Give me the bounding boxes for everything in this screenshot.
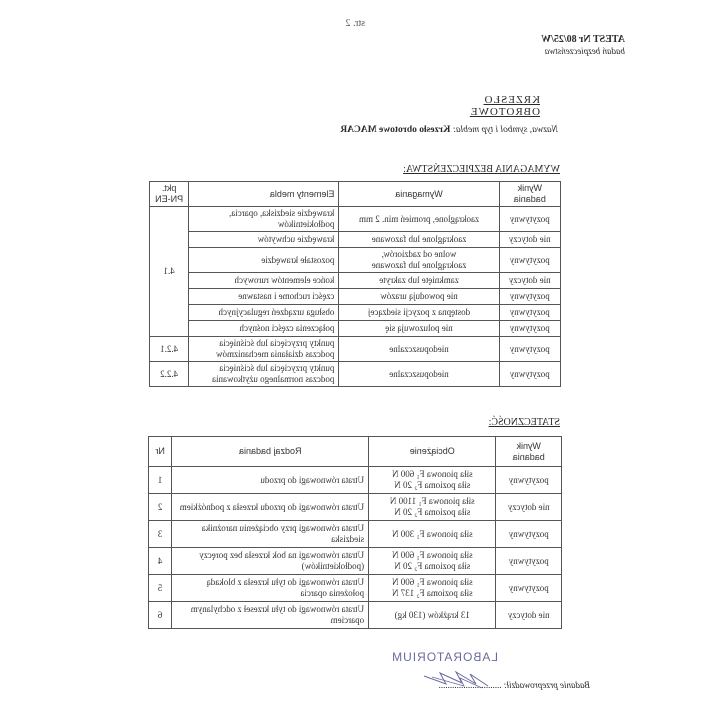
load-cell: 13 krążków (130 kg) [369,602,496,629]
certificate-subtitle: badań bezpieczeństwa [545,46,625,56]
document-page: str. 2 ATEST Nr 80/25/W badań bezpieczeń… [0,0,720,720]
element-cell: połączenia części nośnych [189,321,339,337]
product-name-line: Nazwa, symbol i typ mebla: Krzesło obrot… [340,125,558,135]
element-cell: punkty przycięcia lub ściśnięcia podczas… [189,362,339,387]
table-row: pozytywny siła pionowa F₁ 600 N siła poz… [149,575,562,602]
table-row: pozytywny niedopuszczalne punkty przycię… [150,362,561,387]
element-cell: krawędzie siedziska, oparcia, podłokietn… [189,207,339,232]
result-cell: pozytywny [499,337,560,362]
nr-cell: 4 [149,548,172,575]
signature-icon [420,668,490,690]
table-row: pozytywny nie poluzowują się połączenia … [150,321,561,337]
result-cell: pozytywny [499,289,560,305]
column-header: Wymagania [339,182,499,207]
safety-requirements-table: Wynik badania Wymagania Elementy mebla p… [149,181,561,387]
laboratory-stamp: LABORATORIUM [391,650,498,664]
requirement-cell: zaokrąglone lub fazowane [339,232,499,248]
test-cell: Utrata równowagi do przodu krzesła z pod… [172,494,369,521]
column-header: Rodzaj badania [172,437,369,467]
requirement-cell: nie poluzowują się [339,321,499,337]
table-row: pozytywny siła pionowa F₁ 600 N siła poz… [149,548,562,575]
requirement-cell: dostępna z pozycji siedzącej [339,305,499,321]
table-row: pozytywny zaokrąglone, promień min. 2 mm… [150,207,561,232]
nr-cell: 5 [149,575,172,602]
requirement-cell: zaokrąglone, promień min. 2 mm [339,207,499,232]
table-row: pozytywny nie powodują urazów części ruc… [150,289,561,305]
element-cell: punkty przycięcia lub ściśnięcia podczas… [189,337,339,362]
nr-cell: 1 [149,467,172,494]
product-label: Nazwa, symbol i typ mebla: [453,125,558,135]
table-row: nie dotyczy siła pionowa F₁ 1100 N siła … [149,494,562,521]
requirement-cell: wolne od zadziorów, zaokrąglone lub fazo… [339,248,499,273]
product-value: Krzesło obrotowe MACAR [340,125,450,135]
result-cell: pozytywny [496,521,562,548]
column-header: Wynik badania [496,437,562,467]
certificate-number: ATEST Nr 80/25/W [541,34,625,45]
element-cell: części ruchome i nastawne [189,289,339,305]
nr-cell: 6 [149,602,172,629]
result-cell: nie dotyczy [496,602,562,629]
column-header: Obciążenie [369,437,496,467]
requirement-cell: nie powodują urazów [339,289,499,305]
stability-table: Wynik badania Obciążenie Rodzaj badania … [148,436,562,629]
requirement-cell: niedopuszczalne [339,337,499,362]
table-row: nie dotyczy zamknięte lub zakryte końce … [150,273,561,289]
safety-heading: WYMAGANIA BEZPIECZEŃSTWA: [403,164,560,175]
requirement-cell: niedopuszczalne [339,362,499,387]
load-cell: siła pionowa F₁ 1100 N siła pozioma F₂ 2… [369,494,496,521]
element-cell: pozostałe krawędzie [189,248,339,273]
element-cell: krawędzie uchwytów [189,232,339,248]
table-row: pozytywny niedopuszczalne punkty przycię… [150,337,561,362]
pkt-cell: 4.2.1 [150,337,189,362]
result-cell: pozytywny [499,362,560,387]
load-cell: siła pionowa F₁ 300 N [369,521,496,548]
document-title: KRZESŁO OBROTOWE [420,94,540,118]
element-cell: końce elementów rurowych [189,273,339,289]
nr-cell: 2 [149,494,172,521]
element-cell: obsługa urządzeń regulacyjnych [189,305,339,321]
result-cell: pozytywny [499,321,560,337]
result-cell: pozytywny [496,467,562,494]
table-row: pozytywny siła pionowa F₁ 600 N siła poz… [149,467,562,494]
column-header: Wynik badania [499,182,560,207]
column-header: Nr [149,437,172,467]
result-cell: pozytywny [499,305,560,321]
page-number: str. 2 [346,18,365,29]
result-cell: pozytywny [499,248,560,273]
stability-heading: STATECZNOŚĆ: [489,417,560,428]
result-cell: pozytywny [496,575,562,602]
load-cell: siła pionowa F₁ 600 N siła pozioma F₂ 13… [369,575,496,602]
nr-cell: 3 [149,521,172,548]
pkt-cell: 4.2.2 [150,362,189,387]
result-cell: pozytywny [499,207,560,232]
table-row: nie dotyczy zaokrąglone lub fazowane kra… [150,232,561,248]
column-header: pkt. PN-EN [150,182,189,207]
table-row: nie dotyczy 13 krążków (130 kg) Utrata r… [149,602,562,629]
column-header: Elementy mebla [189,182,339,207]
test-cell: Utrata równowagi na bok krzesła bez porę… [172,548,369,575]
requirement-cell: zamknięte lub zakryte [339,273,499,289]
result-cell: nie dotyczy [496,494,562,521]
table-row: pozytywny siła pionowa F₁ 300 N Utrata r… [149,521,562,548]
result-cell: pozytywny [496,548,562,575]
result-cell: nie dotyczy [499,273,560,289]
table-row: pozytywny dostępna z pozycji siedzącej o… [150,305,561,321]
load-cell: siła pionowa F₁ 600 N siła pozioma F₂ 20… [369,467,496,494]
test-cell: Utrata równowagi przy obciążeniu narożni… [172,521,369,548]
load-cell: siła pionowa F₁ 600 N siła pozioma F₂ 20… [369,548,496,575]
test-cell: Utrata równowagi do przodu [172,467,369,494]
result-cell: nie dotyczy [499,232,560,248]
pkt-cell: 4.1 [150,207,189,337]
table-row: pozytywny wolne od zadziorów, zaokrąglon… [150,248,561,273]
test-cell: Utrata równowagi do tyłu krzeseł z odchy… [172,602,369,629]
test-cell: Utrata równowagi do tyłu krzesła z bloka… [172,575,369,602]
